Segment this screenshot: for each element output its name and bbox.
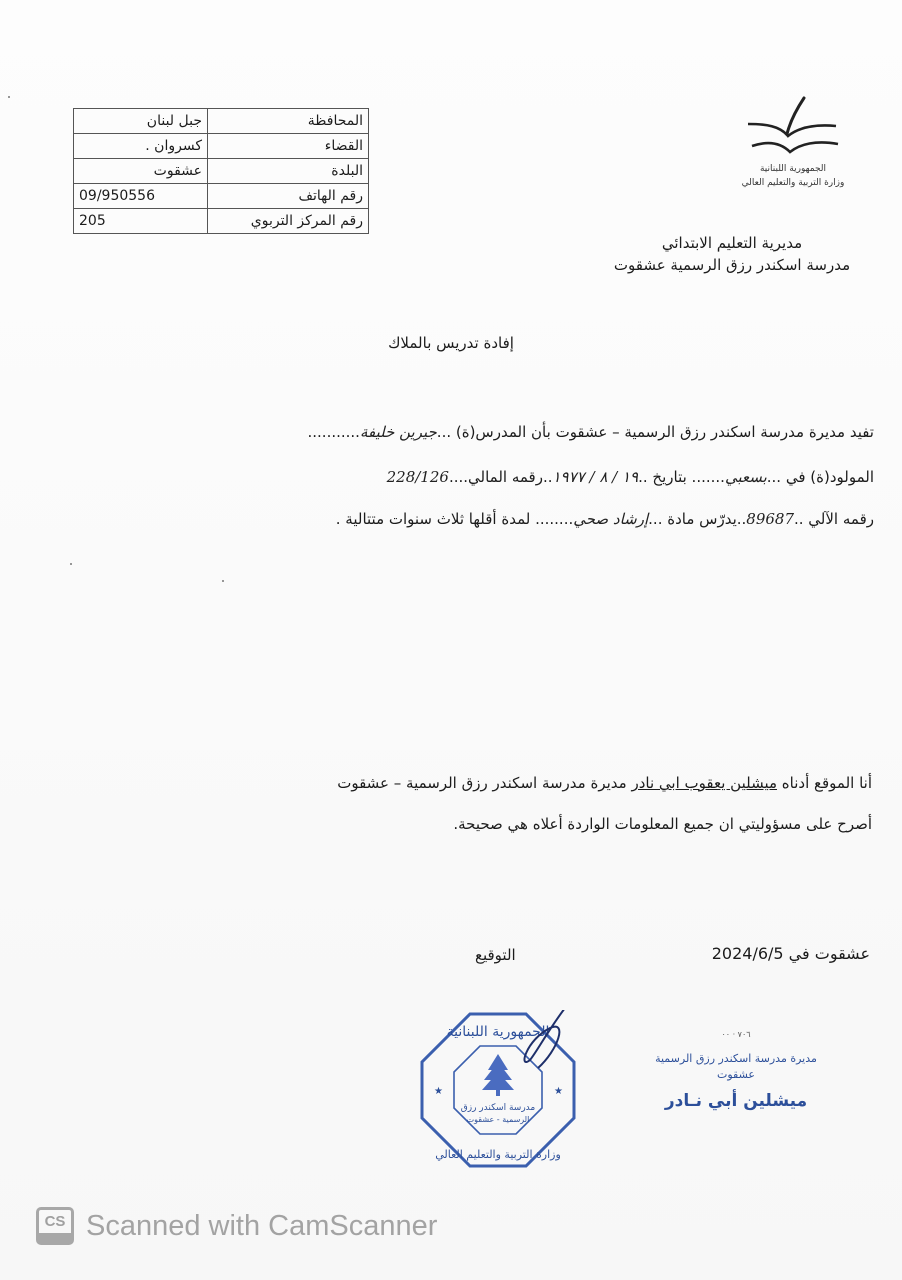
open-book-pen-icon <box>738 96 848 158</box>
logo-republic-text: الجمهورية اللبنانية <box>738 162 848 176</box>
town-label: البلدة <box>208 159 369 184</box>
table-row: رقم المركز التربوي 205 <box>74 209 369 234</box>
signer-name: ميشلين يعقوب ابي نادر <box>631 774 777 792</box>
octagon-seal-icon: مدرسة اسكندر رزق الرسمية - عشقوت الجمهور… <box>418 1010 578 1170</box>
scanned-document-page: المحافظة جبل لبنان القضاء كسروان . البلد… <box>0 0 902 1280</box>
body-line-subject: رقمه الآلي ..89687..يدرّس مادة ...إرشاد … <box>336 510 874 528</box>
center-number-label: رقم المركز التربوي <box>208 209 369 234</box>
district-value: كسروان . <box>74 134 208 159</box>
body-line-birth: المولود(ة) في ...بسعبي....... بتاريخ ..١… <box>387 468 874 486</box>
camscanner-logo-icon: CS <box>36 1207 74 1245</box>
svg-text:وزارة التربية والتعليم العالي: وزارة التربية والتعليم العالي <box>435 1148 561 1161</box>
school-info-table: المحافظة جبل لبنان القضاء كسروان . البلد… <box>73 108 369 234</box>
svg-text:الرسمية - عشقوت: الرسمية - عشقوت <box>467 1115 530 1124</box>
ministry-logo: الجمهورية اللبنانية وزارة التربية والتعل… <box>738 96 848 190</box>
birth-place-handwritten: بسعبي <box>725 468 767 486</box>
scan-speck <box>222 580 224 582</box>
table-row: رقم الهاتف 09/950556 <box>74 184 369 209</box>
financial-number-handwritten: 228/126 <box>387 468 449 486</box>
phone-label: رقم الهاتف <box>208 184 369 209</box>
table-row: البلدة عشقوت <box>74 159 369 184</box>
table-row: القضاء كسروان . <box>74 134 369 159</box>
svg-text:★: ★ <box>554 1086 563 1097</box>
teacher-name-handwritten: جيرين خليفة <box>360 423 437 441</box>
logo-ministry-text: وزارة التربية والتعليم العالي <box>738 176 848 190</box>
district-label: القضاء <box>208 134 369 159</box>
school-header: مديرية التعليم الابتدائي مدرسة اسكندر رز… <box>592 232 872 276</box>
directorate-name: مديرية التعليم الابتدائي <box>592 232 872 254</box>
birth-date-handwritten: ١٩ / ٨ / ١٩٧٧ <box>553 468 639 486</box>
subject-handwritten: إرشاد صحي <box>573 510 648 528</box>
auto-number-handwritten: 89687 <box>746 510 794 528</box>
scan-speck <box>70 563 72 565</box>
place-date: عشقوت في 2024/6/5 <box>712 944 870 963</box>
body-line-teacher: تفيد مديرة مدرسة اسكندر رزق الرسمية – عش… <box>308 423 875 441</box>
governorate-label: المحافظة <box>208 109 369 134</box>
signature-label: التوقيع <box>475 946 516 964</box>
stamp-title: مديرة مدرسة اسكندر رزق الرسمية <box>636 1051 836 1067</box>
svg-text:★: ★ <box>434 1086 443 1097</box>
principal-stamp: ٧٠٦ · ٠٠ مديرة مدرسة اسكندر رزق الرسمية … <box>636 1030 836 1111</box>
declaration-line-2: أصرح على مسؤوليتي ان جميع المعلومات الوا… <box>453 815 872 833</box>
official-seal: مدرسة اسكندر رزق الرسمية - عشقوت الجمهور… <box>418 1010 578 1170</box>
governorate-value: جبل لبنان <box>74 109 208 134</box>
declaration-line-1: أنا الموقع أدناه ميشلين يعقوب ابي نادر م… <box>337 774 872 792</box>
school-name: مدرسة اسكندر رزق الرسمية عشقوت <box>592 254 872 276</box>
scan-speck <box>8 96 10 98</box>
camscanner-watermark: CS Scanned with CamScanner <box>36 1207 437 1245</box>
town-value: عشقوت <box>74 159 208 184</box>
stamp-principal-name: ميشلين أبي نـادر <box>636 1091 836 1111</box>
svg-text:الجمهورية اللبنانية: الجمهورية اللبنانية <box>447 1024 550 1040</box>
phone-value: 09/950556 <box>74 184 208 209</box>
svg-text:مدرسة اسكندر رزق: مدرسة اسكندر رزق <box>461 1103 536 1113</box>
table-row: المحافظة جبل لبنان <box>74 109 369 134</box>
stamp-town: عشقوت <box>636 1067 836 1083</box>
stamp-numbers: ٧٠٦ · ٠٠ <box>636 1030 836 1039</box>
watermark-text: Scanned with CamScanner <box>86 1210 437 1243</box>
center-number-value: 205 <box>74 209 208 234</box>
document-title: إفادة تدريس بالملاك <box>0 334 902 352</box>
